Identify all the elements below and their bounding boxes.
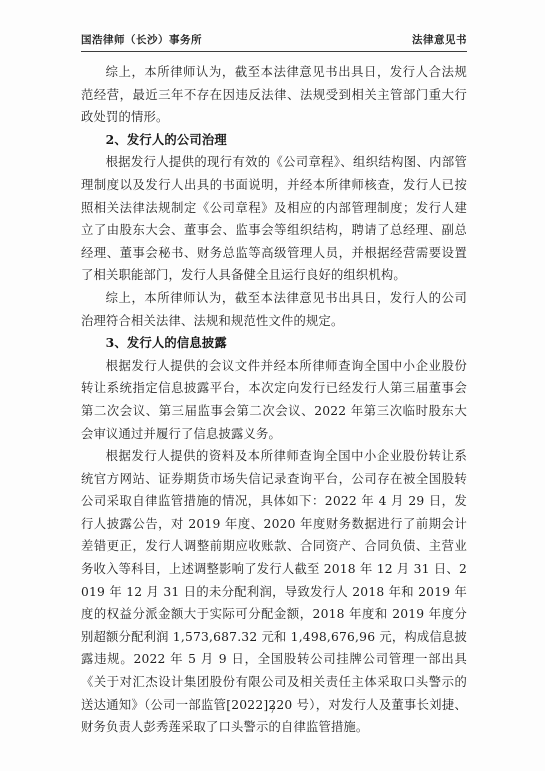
document-page: 国浩律师（长沙）事务所 法律意见书 综上，本所律师认为，截至本法律意见书出具日，… — [0, 0, 545, 771]
paragraph-governance-detail: 根据发行人提供的现行有效的《公司章程》、组织结构图、内部管理制度以及发行人出具的… — [81, 151, 467, 287]
paragraph-conclusion-compliance: 综上，本所律师认为，截至本法律意见书出具日，发行人合法规范经营，最近三年不存在因… — [81, 61, 467, 129]
paragraph-disclosure-meetings: 根据发行人提供的会议文件并经本所律师查询全国中小企业股份转让系统指定信息披露平台… — [81, 355, 467, 445]
header-firm-name: 国浩律师（长沙）事务所 — [81, 32, 202, 47]
page-header: 国浩律师（长沙）事务所 法律意见书 — [81, 32, 467, 52]
page-footer: 7 — [0, 705, 545, 716]
page-number: 7 — [269, 705, 275, 716]
heading-company-governance: 2、发行人的公司治理 — [81, 129, 467, 152]
header-doc-type: 法律意见书 — [412, 32, 467, 47]
heading-information-disclosure: 3、发行人的信息披露 — [81, 332, 467, 355]
paragraph-regulatory-measures: 根据发行人提供的资料及本所律师查询全国中小企业股份转让系统官方网站、证券期货市场… — [81, 445, 467, 739]
document-body: 综上，本所律师认为，截至本法律意见书出具日，发行人合法规范经营，最近三年不存在因… — [81, 61, 467, 739]
paragraph-governance-conclusion: 综上，本所律师认为，截至本法律意见书出具日，发行人的公司治理符合相关法律、法规和… — [81, 287, 467, 332]
